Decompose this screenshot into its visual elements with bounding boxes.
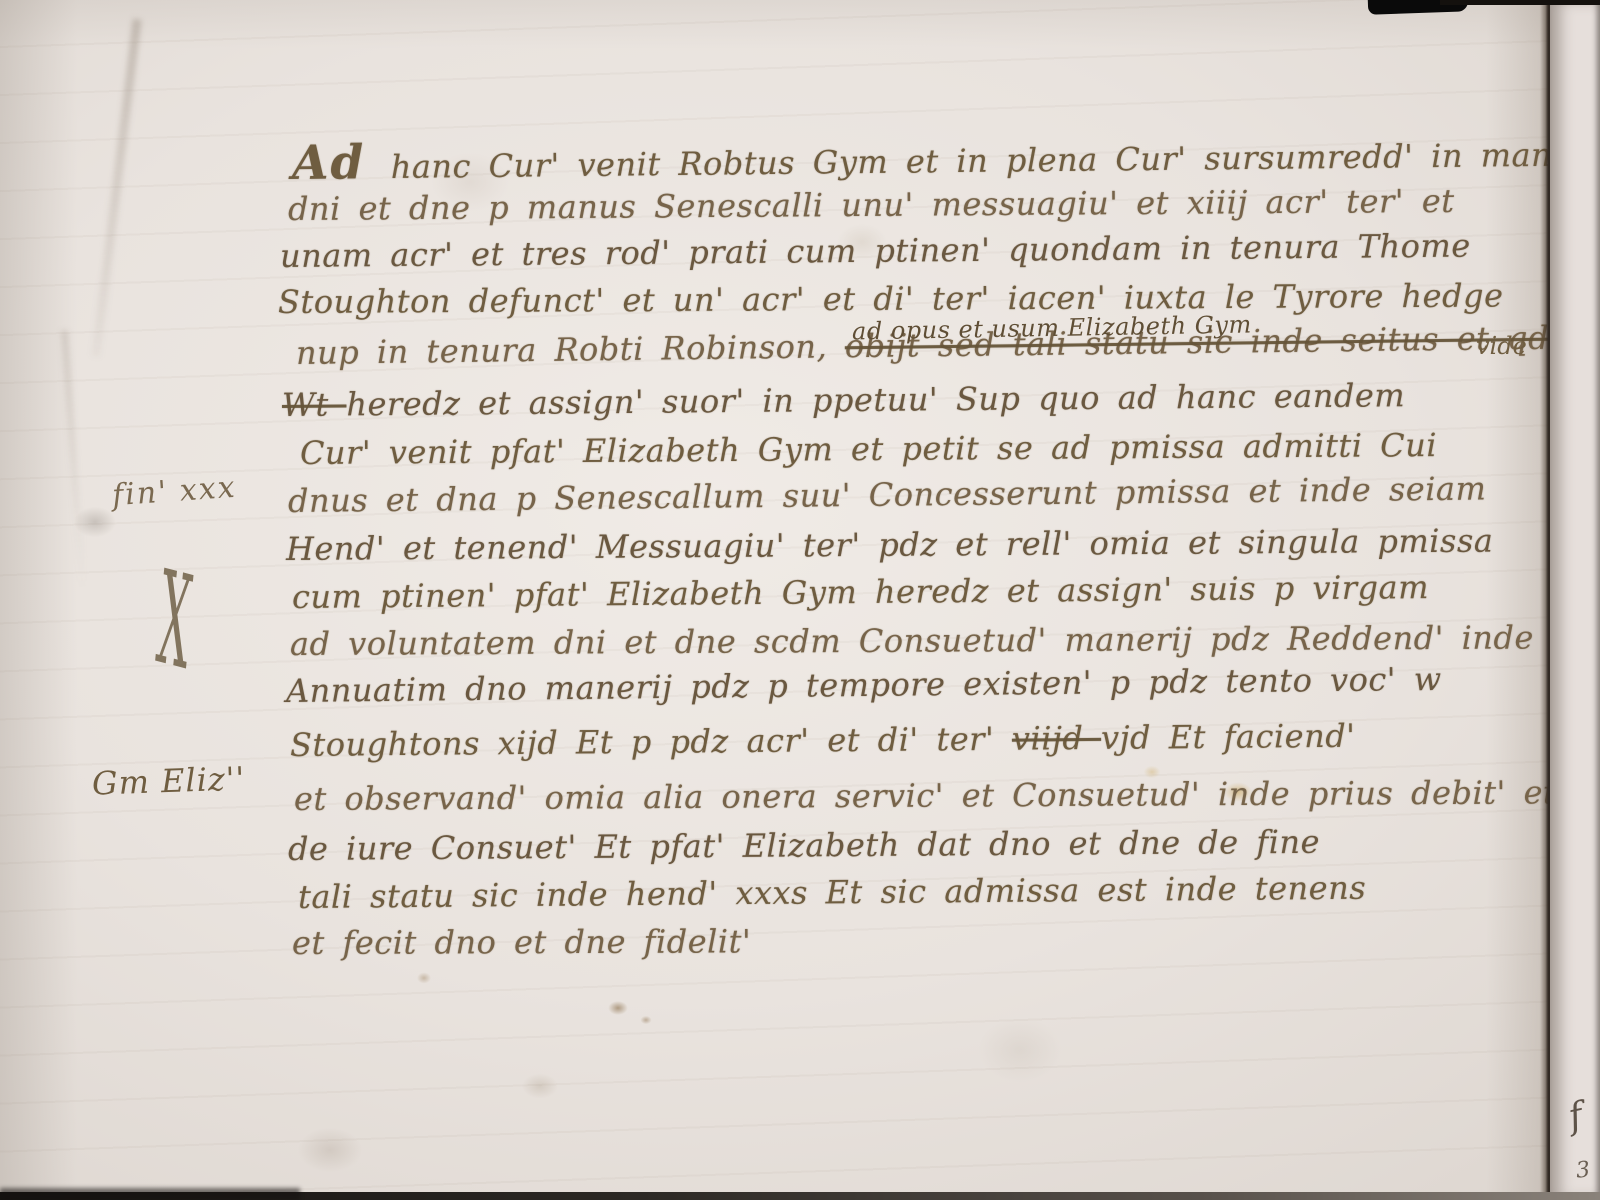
manuscript-text: Stoughton defunct' et un' acr' et di' te…: [278, 277, 1504, 321]
manuscript-text: vjd Et faciend': [1101, 717, 1356, 757]
manuscript-line: et fecit dno et dne fidelit': [292, 922, 751, 962]
manuscript-line: Stoughton defunct' et un' acr' et di' te…: [278, 277, 1504, 321]
manuscript-line: Cur' venit pfat' Elizabeth Gym et petit …: [300, 426, 1437, 472]
manuscript-text: et observand' omia alia onera servic' et…: [294, 773, 1548, 818]
margin-x-mark: X: [157, 541, 193, 700]
photo-background-top: [1440, 0, 1600, 5]
ink-mark: f: [1565, 1095, 1587, 1138]
manuscript-line: dni et dne p manus Senescalli unu' messu…: [288, 182, 1455, 228]
manuscript-text: Cur' venit pfat' Elizabeth Gym et petit …: [300, 426, 1437, 472]
vide-note: vide: [1476, 332, 1527, 360]
struck-text: viijd: [1012, 719, 1101, 758]
manuscript-line: et observand' omia alia onera servic' et…: [294, 773, 1548, 818]
manuscript-photo: Ad hanc Cur' venit Robtus Gym et in plen…: [0, 0, 1600, 1200]
next-page-edge: f 3: [1550, 0, 1600, 1200]
manuscript-text: hanc Cur' venit Robtus Gym et in plena C…: [391, 136, 1548, 186]
margin-note-name: Gm Eliz'': [91, 759, 246, 802]
manuscript-text: nup in tenura Robti Robinson,: [296, 327, 845, 372]
manuscript-text: dni et dne p manus Senescalli unu' messu…: [288, 182, 1455, 228]
struck-text: Wt: [282, 385, 347, 424]
manuscript-line: ad voluntatem dni et dne scdm Consuetud'…: [290, 618, 1534, 663]
manuscript-text: de iure Consuet' Et pfat' Elizabeth dat …: [288, 823, 1320, 868]
manuscript-page: Ad hanc Cur' venit Robtus Gym et in plen…: [0, 0, 1548, 1200]
photo-background-bottom: [0, 1188, 300, 1200]
manuscript-line: de iure Consuet' Et pfat' Elizabeth dat …: [288, 823, 1320, 868]
ink-mark: 3: [1575, 1157, 1592, 1183]
manuscript-text: et fecit dno et dne fidelit': [292, 922, 751, 962]
manuscript-text: Stoughtons xijd Et p pdz acr' et di' ter…: [290, 720, 1012, 764]
manuscript-text: Ad: [292, 135, 391, 191]
manuscript-text: ad voluntatem dni et dne scdm Consuetud'…: [290, 618, 1534, 663]
